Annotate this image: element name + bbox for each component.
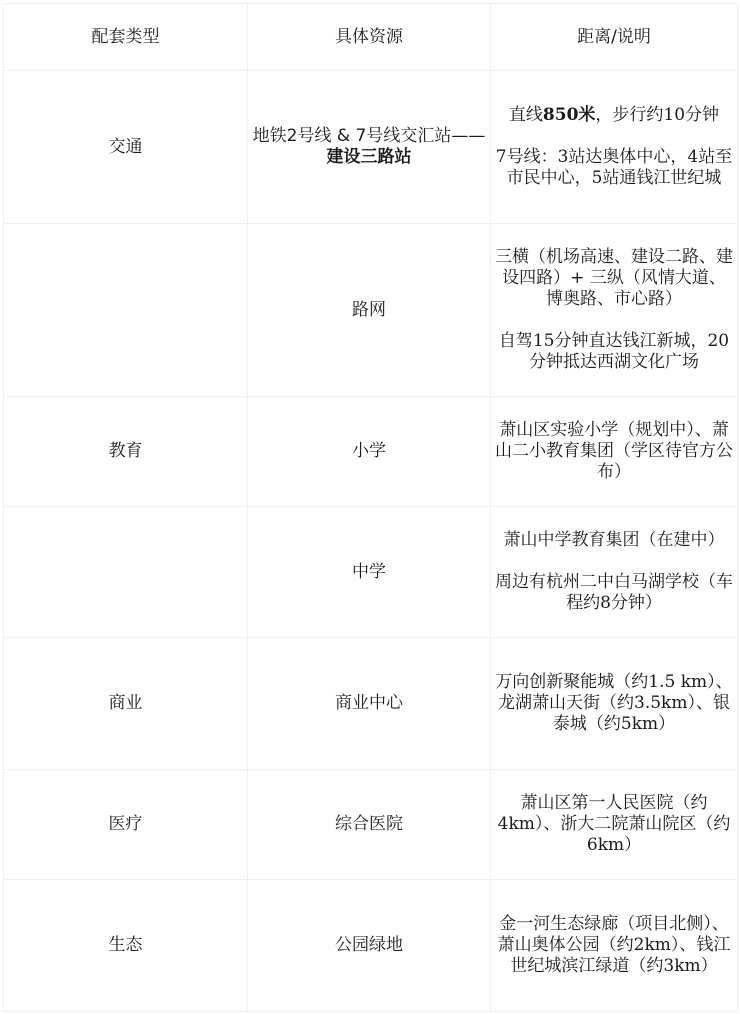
description-line: 周边有杭州二中白马湖学校（车程约8分钟） bbox=[495, 572, 733, 614]
table-row: 教育 小学 萧山区实验小学（规划中）、萧山二小教育集团（学区待官方公布） bbox=[4, 397, 738, 507]
category-cell: 医疗 bbox=[4, 770, 248, 880]
description-cell: 萧山区实验小学（规划中）、萧山二小教育集团（学区待官方公布） bbox=[491, 397, 738, 507]
table-row: 生态 公园绿地 金一河生态绿廊（项目北侧）、萧山奥体公园（约2km）、钱江世纪城… bbox=[4, 880, 738, 1012]
description-line: 7号线：3站达奥体中心，4站至市民中心，5站通钱江世纪城 bbox=[495, 147, 733, 189]
resource-cell: 商业中心 bbox=[248, 638, 491, 770]
amenities-table: 配套类型 具体资源 距离/说明 交通 地铁2号线 & 7号线交汇站——建设三路站… bbox=[3, 3, 738, 1012]
resource-cell: 小学 bbox=[248, 397, 491, 507]
desc-text: 7号线：3站达奥体中心，4站至市民中心，5站通钱江世纪城 bbox=[496, 147, 732, 188]
table-row: 商业 商业中心 万向创新聚能城（约1.5 km）、龙湖萧山天街（约3.5km）、… bbox=[4, 638, 738, 770]
description-cell: 万向创新聚能城（约1.5 km）、龙湖萧山天街（约3.5km）、银泰城（约5km… bbox=[491, 638, 738, 770]
description-line: 直线850米，步行约10分钟 bbox=[495, 105, 733, 126]
resource-cell: 地铁2号线 & 7号线交汇站——建设三路站 bbox=[248, 71, 491, 224]
table-row: 医疗 综合医院 萧山区第一人民医院（约4km）、浙大二院萧山院区（约6km） bbox=[4, 770, 738, 880]
desc-text: 直线 bbox=[509, 105, 543, 125]
header-distance: 距离/说明 bbox=[491, 4, 738, 71]
description-line: 萧山中学教育集团（在建中） bbox=[495, 530, 733, 551]
description-cell: 直线850米，步行约10分钟 7号线：3站达奥体中心，4站至市民中心，5站通钱江… bbox=[491, 71, 738, 224]
resource-cell: 综合医院 bbox=[248, 770, 491, 880]
description-line: 三横（机场高速、建设二路、建设四路）+ 三纵（风情大道、博奥路、市心路） bbox=[495, 247, 733, 310]
description-line: 金一河生态绿廊（项目北侧）、萧山奥体公园（约2km）、钱江世纪城滨江绿道（约3k… bbox=[495, 914, 733, 977]
table-row: 中学 萧山中学教育集团（在建中） 周边有杭州二中白马湖学校（车程约8分钟） bbox=[4, 507, 738, 638]
category-cell: 生态 bbox=[4, 880, 248, 1012]
resource-text: 地铁2号线 & 7号线交汇站—— bbox=[253, 126, 486, 146]
category-cell: 教育 bbox=[4, 397, 248, 507]
table-row: 路网 三横（机场高速、建设二路、建设四路）+ 三纵（风情大道、博奥路、市心路） … bbox=[4, 224, 738, 397]
resource-cell: 公园绿地 bbox=[248, 880, 491, 1012]
description-line: 自驾15分钟直达钱江新城，20分钟抵达西湖文化广场 bbox=[495, 331, 733, 373]
desc-text: ，步行约10分钟 bbox=[595, 105, 719, 125]
resource-cell: 中学 bbox=[248, 507, 491, 638]
category-cell: 交通 bbox=[4, 71, 248, 224]
description-cell: 金一河生态绿廊（项目北侧）、萧山奥体公园（约2km）、钱江世纪城滨江绿道（约3k… bbox=[491, 880, 738, 1012]
category-cell: 商业 bbox=[4, 638, 248, 770]
header-resource: 具体资源 bbox=[248, 4, 491, 71]
description-line: 万向创新聚能城（约1.5 km）、龙湖萧山天街（约3.5km）、银泰城（约5km… bbox=[495, 672, 733, 735]
description-line: 萧山区第一人民医院（约4km）、浙大二院萧山院区（约6km） bbox=[495, 793, 733, 856]
header-category: 配套类型 bbox=[4, 4, 248, 71]
description-cell: 三横（机场高速、建设二路、建设四路）+ 三纵（风情大道、博奥路、市心路） 自驾1… bbox=[491, 224, 738, 397]
description-cell: 萧山中学教育集团（在建中） 周边有杭州二中白马湖学校（车程约8分钟） bbox=[491, 507, 738, 638]
resource-station-name: 建设三路站 bbox=[327, 147, 412, 167]
table-row: 交通 地铁2号线 & 7号线交汇站——建设三路站 直线850米，步行约10分钟 … bbox=[4, 71, 738, 224]
resource-cell: 路网 bbox=[248, 224, 491, 397]
category-cell bbox=[4, 507, 248, 638]
description-cell: 萧山区第一人民医院（约4km）、浙大二院萧山院区（约6km） bbox=[491, 770, 738, 880]
description-line: 萧山区实验小学（规划中）、萧山二小教育集团（学区待官方公布） bbox=[495, 420, 733, 483]
category-cell bbox=[4, 224, 248, 397]
desc-highlight: 850米 bbox=[543, 105, 596, 125]
table-header-row: 配套类型 具体资源 距离/说明 bbox=[4, 4, 738, 71]
